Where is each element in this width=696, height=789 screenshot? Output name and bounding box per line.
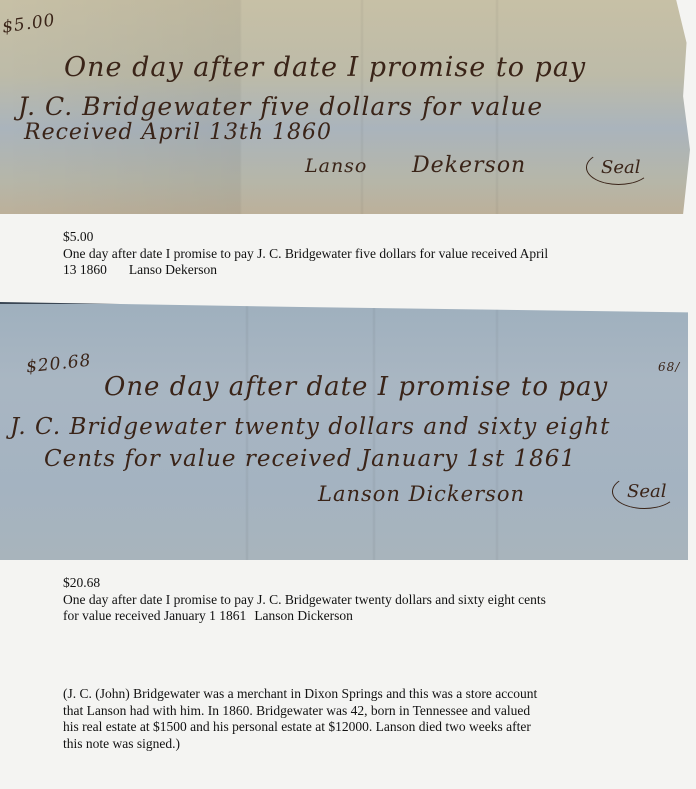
promissory-note-2-scan: $20.68 68/ One day after date I promise … — [0, 302, 688, 560]
note2-transcription: $20.68 One day after date I promise to p… — [63, 575, 663, 625]
note1-handwritten-line1: One day after date I promise to pay — [64, 52, 586, 83]
note1-signature-last: Dekerson — [412, 153, 526, 178]
note2-transcription-text: for value received January 1 1861 — [63, 608, 246, 623]
note2-handwritten-line1: One day after date I promise to pay — [104, 372, 608, 402]
historical-note-line2: that Lanson had with him. In 1860. Bridg… — [63, 703, 663, 720]
historical-note-line1: (J. C. (John) Bridgewater was a merchant… — [63, 686, 663, 703]
note1-handwritten-line2: J. C. Bridgewater five dollars for value — [18, 92, 543, 121]
note1-transcription-date: 13 1860 — [63, 262, 107, 277]
note1-transcription-amount: $5.00 — [63, 229, 663, 246]
historical-note-line4: this note was signed.) — [63, 736, 663, 753]
promissory-note-1-scan: $5.00 One day after date I promise to pa… — [0, 0, 690, 214]
note1-transcription-line1: One day after date I promise to pay J. C… — [63, 246, 663, 263]
note1-handwritten-line3: Received April 13th 1860 — [24, 120, 332, 145]
historical-note-paragraph: (J. C. (John) Bridgewater was a merchant… — [63, 686, 663, 752]
note2-handwritten-line3: Cents for value received January 1st 186… — [44, 446, 576, 472]
note2-seal-mark: Seal — [612, 474, 677, 509]
note2-transcription-amount: $20.68 — [63, 575, 663, 592]
note1-handwritten-amount: $5.00 — [1, 10, 57, 37]
note2-transcription-line1: One day after date I promise to pay J. C… — [63, 592, 663, 609]
note2-corner-mark: 68/ — [658, 360, 680, 374]
note2-transcription-signer: Lanson Dickerson — [254, 608, 353, 623]
note1-transcription-signer: Lanso Dekerson — [129, 262, 217, 277]
note2-handwritten-amount: $20.68 — [25, 351, 92, 378]
historical-note-line3: his real estate at $1500 and his persona… — [63, 719, 663, 736]
note2-handwritten-line2: J. C. Bridgewater twenty dollars and six… — [10, 414, 610, 440]
note1-seal-mark: Seal — [586, 150, 651, 185]
note1-signature-first: Lanso — [305, 155, 367, 177]
note2-signature: Lanson Dickerson — [318, 482, 525, 506]
note1-transcription: $5.00 One day after date I promise to pa… — [63, 229, 663, 279]
